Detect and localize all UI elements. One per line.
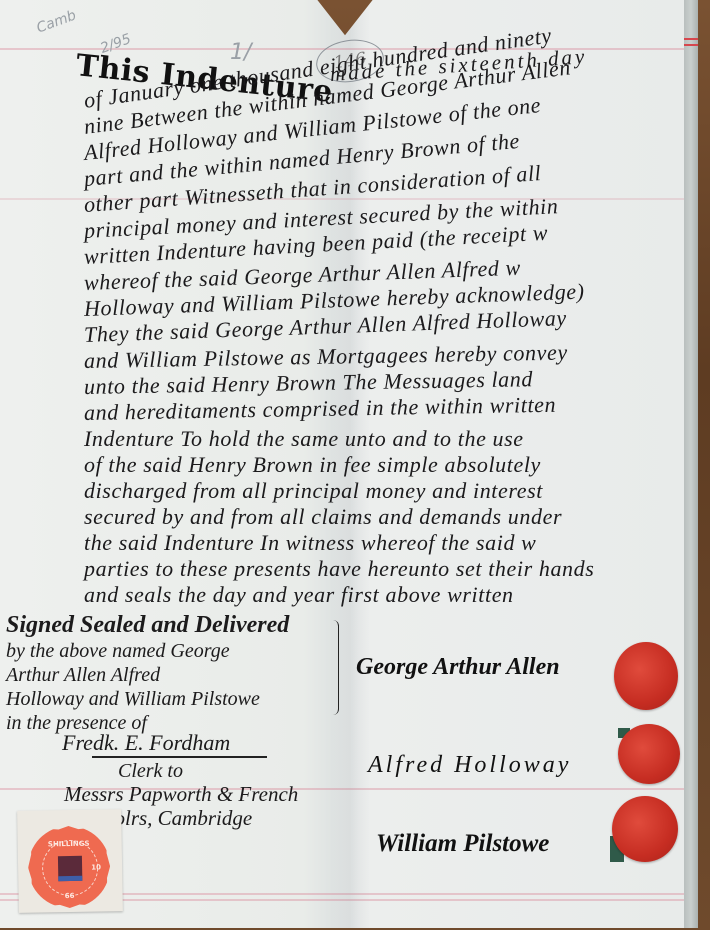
attestation-line: Signed Sealed and Delivered	[6, 612, 289, 639]
witness-location: Solrs, Cambridge	[104, 806, 252, 831]
wax-seal-2	[618, 724, 680, 784]
revenue-stamp: SHILLINGS 10 66	[27, 825, 110, 908]
body-line: of the said Henry Brown in fee simple ab…	[84, 452, 541, 478]
signature-william-pilstowe: William Pilstowe	[376, 830, 549, 858]
witness-underline	[92, 756, 267, 758]
attestation-line: by the above named George	[6, 640, 230, 663]
wax-seal-3	[612, 796, 678, 862]
body-line: discharged from all principal money and …	[84, 478, 543, 504]
attestation-line: Arthur Allen Alfred	[6, 664, 160, 687]
body-line: the said Indenture In witness whereof th…	[84, 530, 536, 556]
stamp-perforation-mark	[58, 856, 82, 881]
wax-seal-1	[614, 642, 678, 710]
signature-alfred-holloway: Alfred Holloway	[368, 752, 571, 779]
body-line: parties to these presents have hereunto …	[84, 556, 594, 582]
witness-firm: Messrs Papworth & French	[64, 782, 298, 807]
pencil-folio-mark: 1/	[230, 40, 251, 65]
attestation-line: Holloway and William Pilstowe	[6, 688, 260, 711]
witness-role: Clerk to	[118, 760, 183, 783]
attestation-brace	[330, 620, 339, 715]
body-line: Indenture To hold the same unto and to t…	[84, 426, 524, 452]
signature-george-arthur-allen: George Arthur Allen	[356, 654, 560, 681]
book-edge	[684, 0, 698, 928]
body-line: secured by and from all claims and deman…	[84, 504, 562, 530]
witness-signature: Fredk. E. Fordham	[62, 730, 230, 756]
body-line: and seals the day and year first above w…	[84, 582, 514, 608]
revenue-stamp-paper: SHILLINGS 10 66	[17, 809, 123, 913]
